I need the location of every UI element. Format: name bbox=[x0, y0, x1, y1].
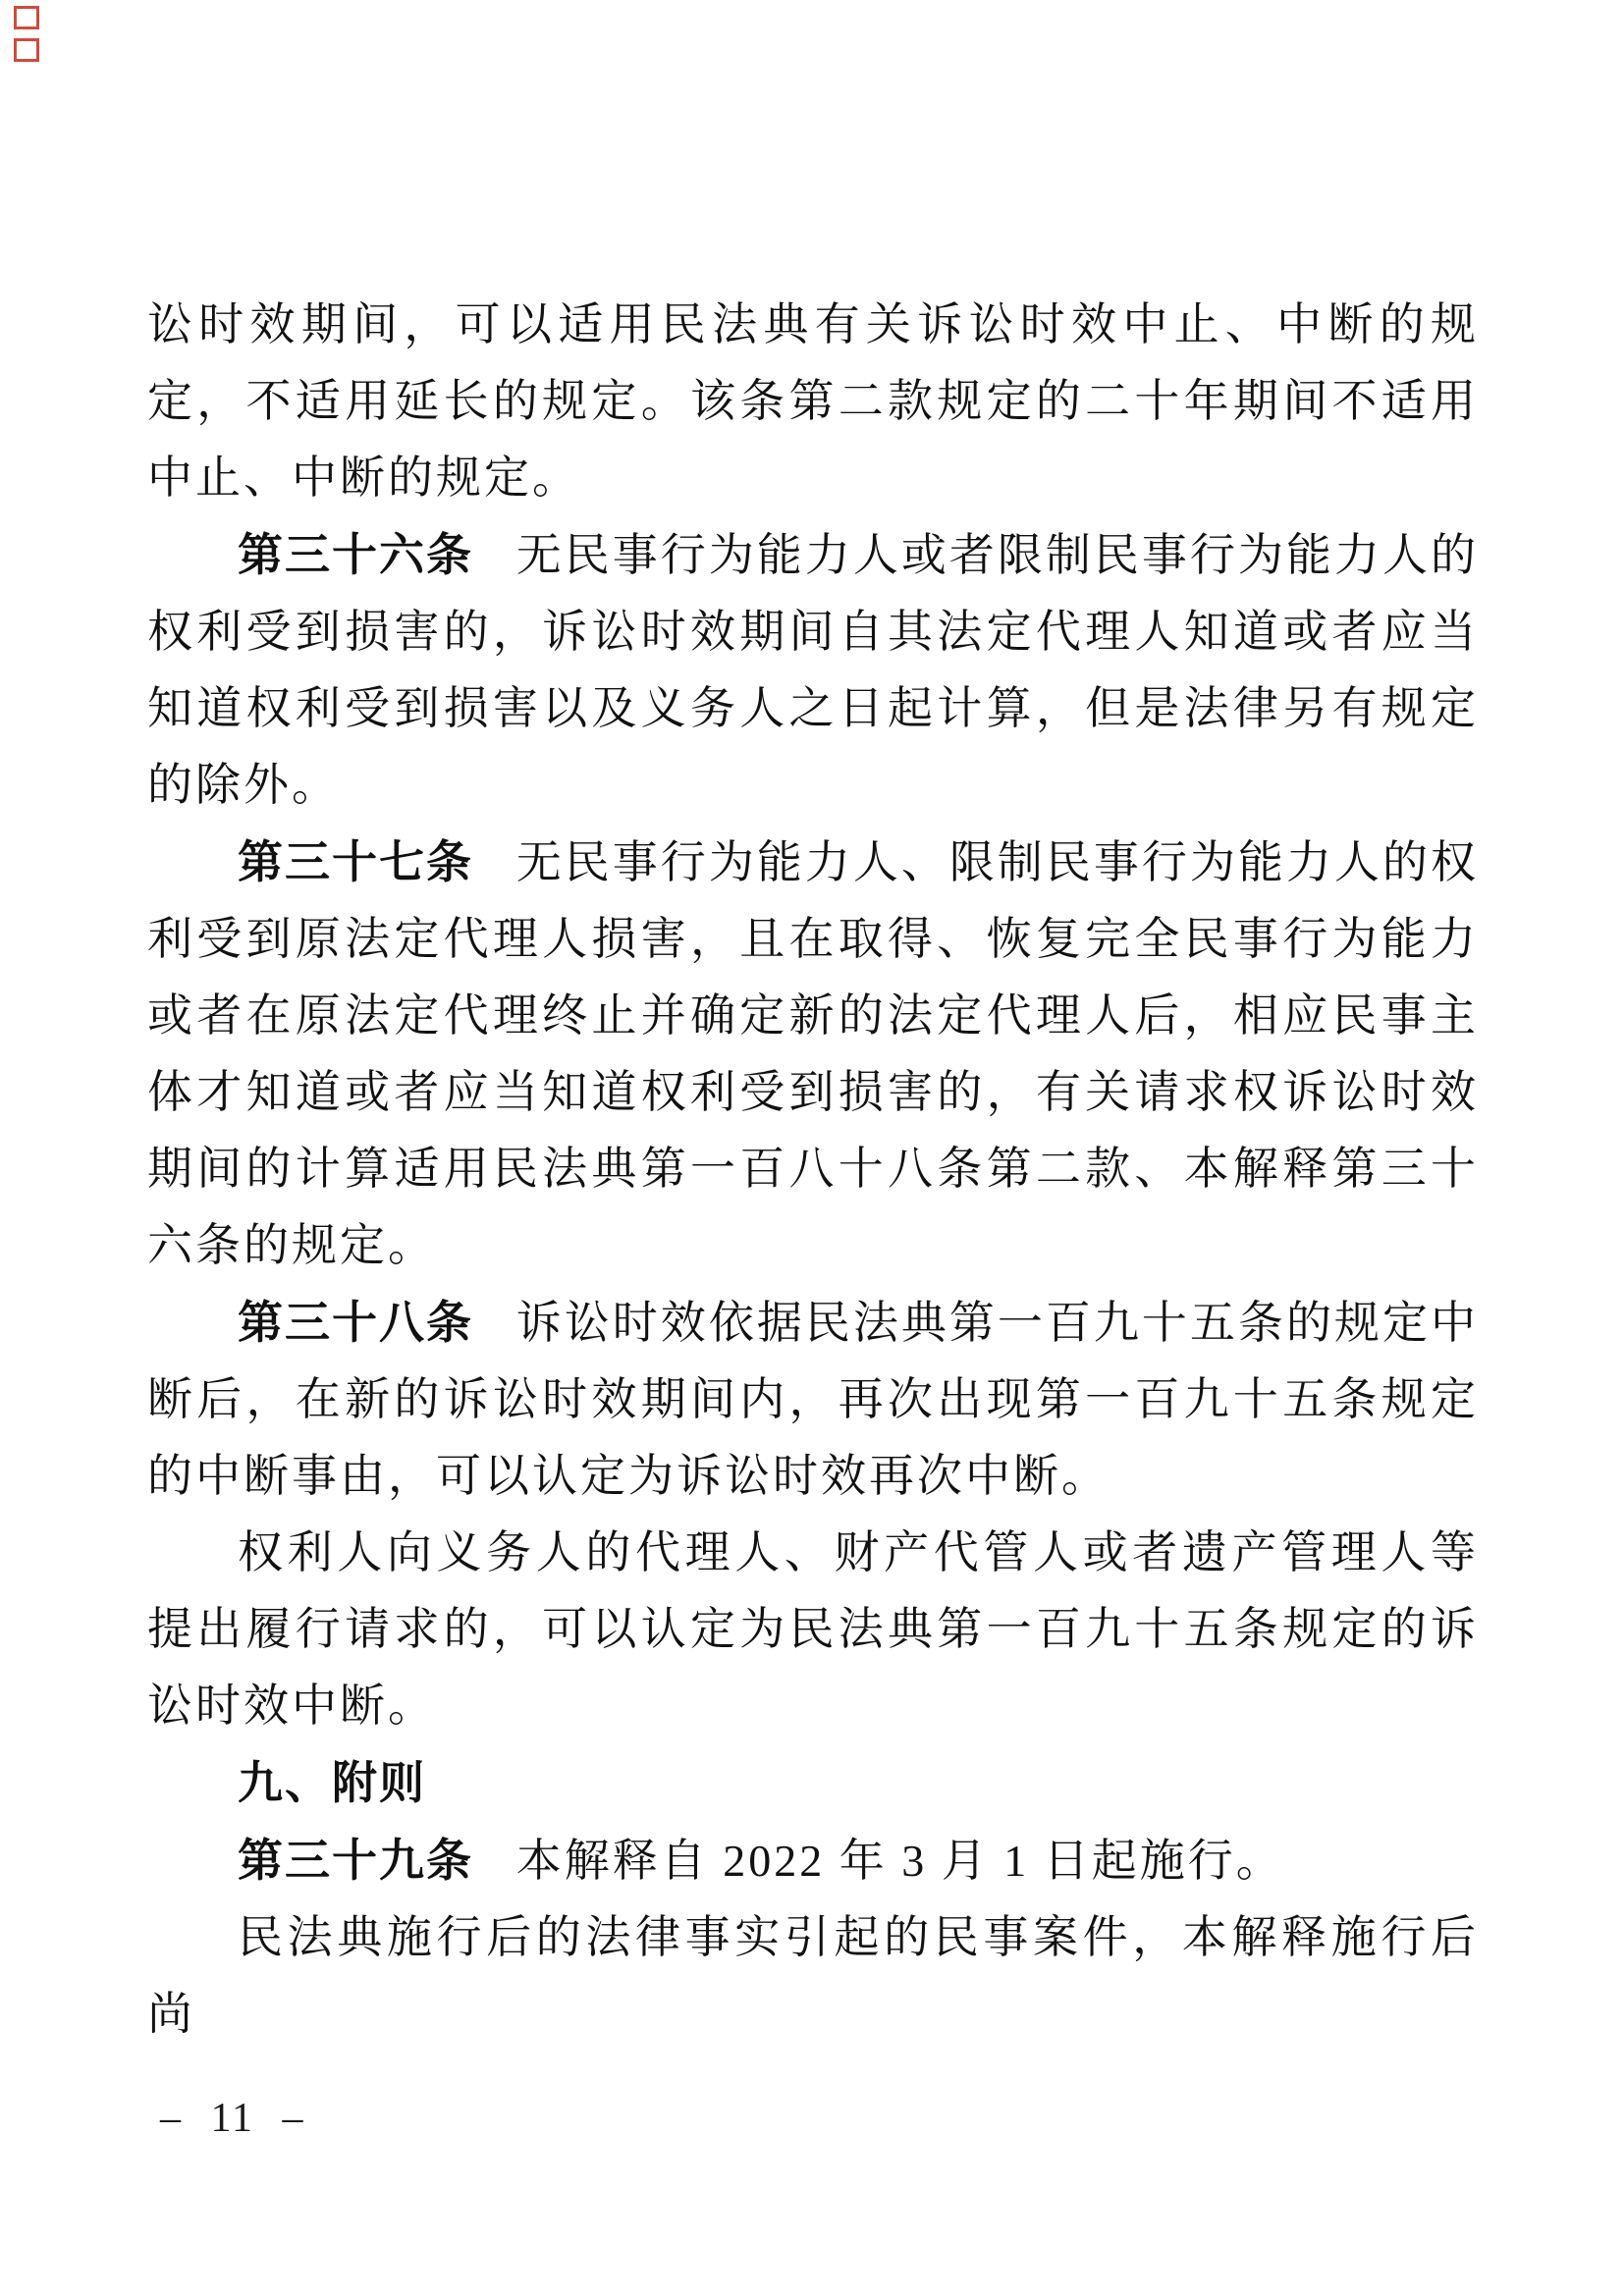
red-corner-mark bbox=[14, 6, 39, 29]
document-page: 讼时效期间，可以适用民法典有关诉讼时效中止、中断的规定，不适用延长的规定。该条第… bbox=[0, 0, 1624, 2296]
article-number: 第三十九条 bbox=[238, 1835, 473, 1886]
paragraph: 第三十八条诉讼时效依据民法典第一百九十五条的规定中断后，在新的诉讼时效期间内，再… bbox=[147, 1284, 1479, 1515]
paragraph: 第三十六条无民事行为能力人或者限制民事行为能力人的权利受到损害的，诉讼时效期间自… bbox=[147, 516, 1479, 824]
document-body: 讼时效期间，可以适用民法典有关诉讼时效中止、中断的规定，不适用延长的规定。该条第… bbox=[147, 287, 1479, 2053]
article-number: 第三十六条 bbox=[238, 529, 473, 580]
paragraph: 第三十七条无民事行为能力人、限制民事行为能力人的权利受到原法定代理人损害，且在取… bbox=[147, 824, 1479, 1284]
paragraph-text: 民法典施行后的法律事实引起的民事案件，本解释施行后尚 bbox=[147, 1912, 1479, 2039]
red-corner-marks bbox=[14, 6, 39, 62]
paragraph: 民法典施行后的法律事实引起的民事案件，本解释施行后尚 bbox=[147, 1899, 1479, 2053]
paragraph: 权利人向义务人的代理人、财产代管人或者遗产管理人等提出履行请求的，可以认定为民法… bbox=[147, 1515, 1479, 1744]
paragraph: 讼时效期间，可以适用民法典有关诉讼时效中止、中断的规定，不适用延长的规定。该条第… bbox=[147, 287, 1479, 516]
article-number: 第三十七条 bbox=[238, 836, 473, 887]
paragraph-text: 无民事行为能力人、限制民事行为能力人的权利受到原法定代理人损害，且在取得、恢复完… bbox=[147, 837, 1479, 1270]
paragraph-text: 本解释自 2022 年 3 月 1 日起施行。 bbox=[516, 1836, 1284, 1886]
paragraph-text: 权利人向义务人的代理人、财产代管人或者遗产管理人等提出履行请求的，可以认定为民法… bbox=[147, 1527, 1479, 1731]
footer-page-number: – 11 – bbox=[160, 2095, 304, 2142]
heading-text: 九、附则 bbox=[238, 1757, 426, 1808]
paragraph: 第三十九条本解释自 2022 年 3 月 1 日起施行。 bbox=[147, 1822, 1479, 1899]
article-number: 第三十八条 bbox=[238, 1297, 473, 1348]
red-corner-mark bbox=[14, 38, 39, 62]
section-heading: 九、附则 bbox=[147, 1744, 1479, 1822]
paragraph-text: 讼时效期间，可以适用民法典有关诉讼时效中止、中断的规定，不适用延长的规定。该条第… bbox=[147, 299, 1479, 503]
